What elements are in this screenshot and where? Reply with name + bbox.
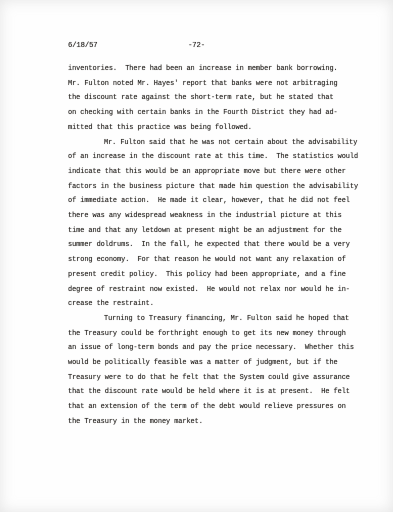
document-line: the Treasury in the money market.: [68, 415, 354, 430]
document-line: an issue of long-term bonds and pay the …: [68, 341, 354, 356]
document-page: 6/18/57 -72- inventories. There had been…: [0, 0, 393, 512]
document-line: Mr. Fulton said that he was not certain …: [68, 136, 354, 151]
document-date: 6/18/57: [68, 42, 98, 50]
document-line: factors in the business picture that mad…: [68, 180, 354, 195]
paragraph: Turning to Treasury financing, Mr. Fulto…: [68, 312, 354, 430]
document-body: inventories. There had been an increase …: [68, 62, 354, 430]
document-line: strong economy. For that reason he would…: [68, 253, 354, 268]
document-line: that an extension of the term of the deb…: [68, 400, 354, 415]
document-line: of immediate action. He made it clear, h…: [68, 194, 354, 209]
document-line: mitted that this practice was being foll…: [68, 121, 354, 136]
document-line: the Treasury could be forthright enough …: [68, 327, 354, 342]
document-line: crease the restraint.: [68, 297, 354, 312]
document-line: Mr. Fulton noted Mr. Hayes' report that …: [68, 77, 354, 92]
paragraph: inventories. There had been an increase …: [68, 62, 354, 136]
paragraph: Mr. Fulton said that he was not certain …: [68, 136, 354, 312]
page-number: -72-: [188, 42, 205, 50]
document-line: summer doldrums. In the fall, he expecte…: [68, 238, 354, 253]
document-line: inventories. There had been an increase …: [68, 62, 354, 77]
page-header: 6/18/57 -72-: [0, 42, 393, 56]
document-line: time and that any letdown at present mig…: [68, 224, 354, 239]
document-line: Treasury were to do that he felt that th…: [68, 371, 354, 386]
document-line: would be politically feasible was a matt…: [68, 356, 354, 371]
document-line: of an increase in the discount rate at t…: [68, 150, 354, 165]
document-line: indicate that this would be an appropria…: [68, 165, 354, 180]
document-line: the discount rate against the short-term…: [68, 91, 354, 106]
document-line: degree of restraint now existed. He woul…: [68, 283, 354, 298]
document-line: present credit policy. This policy had b…: [68, 268, 354, 283]
document-line: on checking with certain banks in the Fo…: [68, 106, 354, 121]
document-line: there was any widespread weakness in the…: [68, 209, 354, 224]
document-line: Turning to Treasury financing, Mr. Fulto…: [68, 312, 354, 327]
document-line: that the discount rate would be held whe…: [68, 385, 354, 400]
